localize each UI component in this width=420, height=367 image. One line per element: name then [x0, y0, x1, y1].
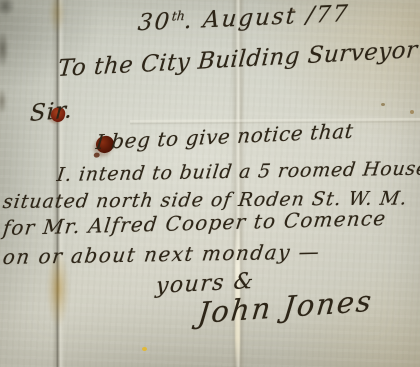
date-line: 30th. August /77 [137, 1, 351, 37]
date-day: 30 [137, 9, 173, 37]
letter-page: 30th. August /77 To the City Building Su… [0, 0, 420, 367]
edge-smudge-upper [0, 30, 9, 68]
edge-smudge-lower [0, 88, 7, 115]
paper-speck [410, 110, 414, 114]
paper-speck [381, 103, 385, 106]
body-line-2: I. intend to build a 5 roomed House [56, 157, 420, 186]
body-line-5: on or about next monday — [2, 239, 322, 269]
paper-speck-yellow [142, 347, 147, 351]
salutation-line: Sir. [29, 97, 73, 127]
date-rest: . August /77 [183, 1, 350, 34]
edge-smudge-corner [0, 0, 15, 17]
